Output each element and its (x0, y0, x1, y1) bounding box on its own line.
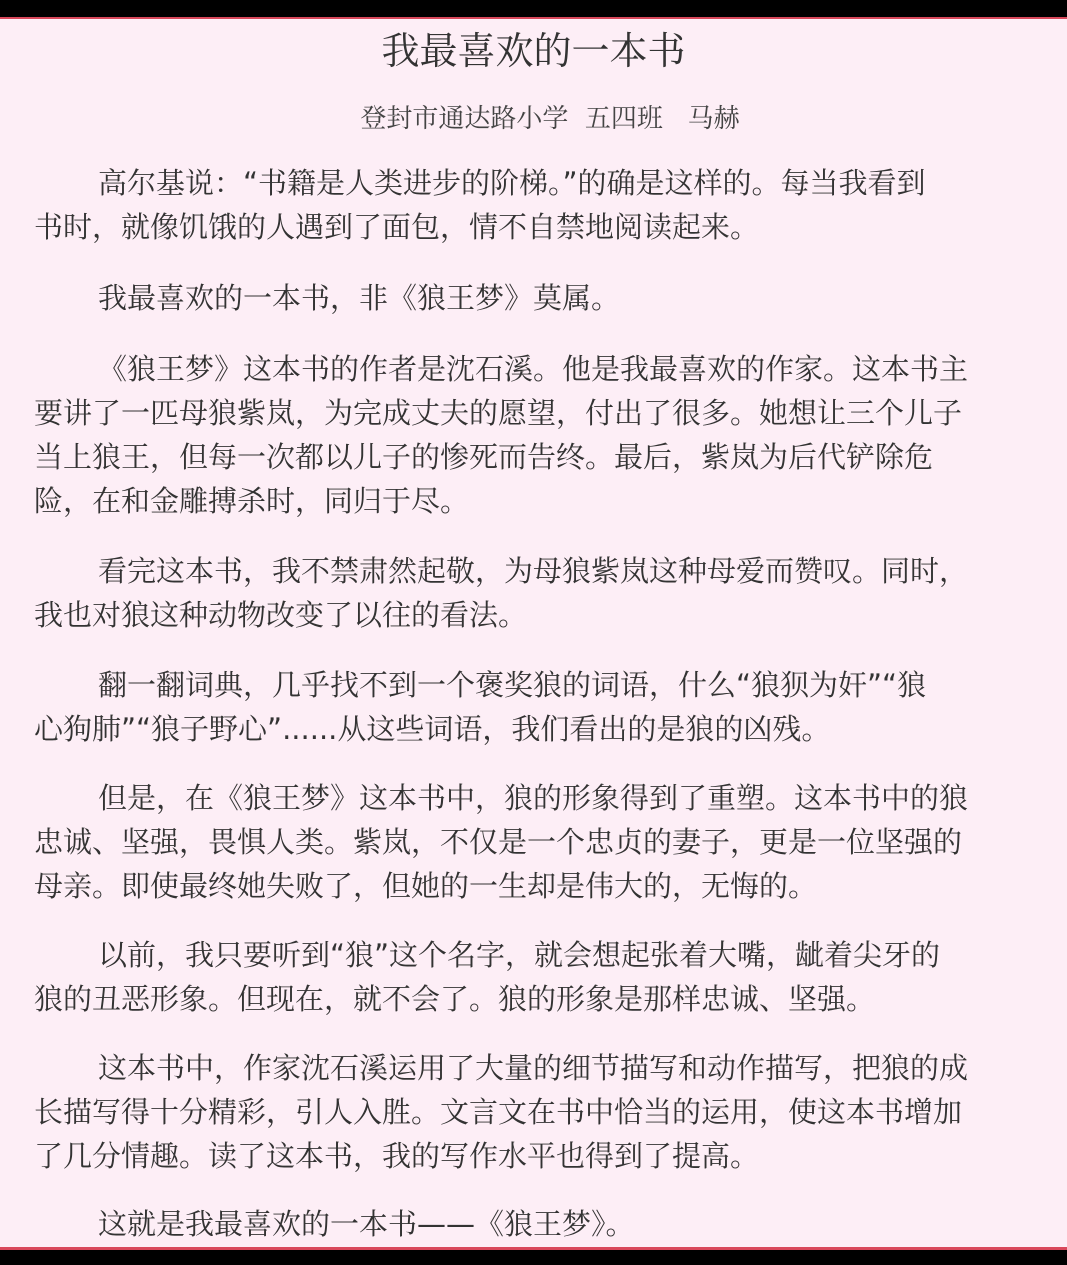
paragraph-line: 看完这本书，我不禁肃然起敬，为母狼紫岚这种母爱而赞叹。同时， (34, 549, 1059, 593)
paragraph-1: 高尔基说：“书籍是人类进步的阶梯。”的确是这样的。每当我看到 书时，就像饥饿的人… (34, 161, 1059, 249)
paragraph-8: 这本书中，作家沈石溪运用了大量的细节描写和动作描写，把狼的成 长描写得十分精彩，… (34, 1046, 1059, 1178)
paragraph-5: 翻一翻词典，几乎找不到一个褒奖狼的词语，什么“狼狈为奸”“狼 心狗肺”“狼子野心… (34, 663, 1059, 751)
paragraph-9: 这就是我最喜欢的一本书——《狼王梦》。 (34, 1202, 1059, 1246)
paragraph-7: 以前，我只要听到“狼”这个名字，就会想起张着大嘴，龇着尖牙的 狼的丑恶形象。但现… (34, 933, 1059, 1021)
paragraph-line: 但是，在《狼王梦》这本书中，狼的形象得到了重塑。这本书中的狼 (34, 776, 1059, 820)
paragraph-4: 看完这本书，我不禁肃然起敬，为母狼紫岚这种母爱而赞叹。同时， 我也对狼这种动物改… (34, 549, 1059, 637)
page-title: 我最喜欢的一本书 (0, 29, 1067, 73)
document-page: 我最喜欢的一本书 登封市通达路小学 五四班 马赫 高尔基说：“书籍是人类进步的阶… (0, 17, 1067, 1250)
paragraph-line: 书时，就像饥饿的人遇到了面包，情不自禁地阅读起来。 (34, 205, 1059, 249)
paragraph-line: 忠诚、坚强，畏惧人类。紫岚，不仅是一个忠贞的妻子，更是一位坚强的 (34, 820, 1059, 864)
author-byline: 登封市通达路小学 五四班 马赫 (0, 101, 1067, 137)
paragraph-line: 以前，我只要听到“狼”这个名字，就会想起张着大嘴，龇着尖牙的 (34, 933, 1059, 977)
paragraph-line: 这本书中，作家沈石溪运用了大量的细节描写和动作描写，把狼的成 (34, 1046, 1059, 1090)
paragraph-3: 《狼王梦》这本书的作者是沈石溪。他是我最喜欢的作家。这本书主 要讲了一匹母狼紫岚… (34, 347, 1059, 523)
paragraph-line: 我最喜欢的一本书，非《狼王梦》莫属。 (34, 276, 1059, 320)
paragraph-line: 我也对狼这种动物改变了以往的看法。 (34, 593, 1059, 637)
paragraph-line: 高尔基说：“书籍是人类进步的阶梯。”的确是这样的。每当我看到 (34, 161, 1059, 205)
paragraph-line: 当上狼王，但每一次都以儿子的惨死而告终。最后，紫岚为后代铲除危 (34, 435, 1059, 479)
paragraph-line: 这就是我最喜欢的一本书——《狼王梦》。 (34, 1202, 1059, 1246)
bottom-black-bar (0, 1250, 1067, 1265)
paragraph-line: 长描写得十分精彩，引人入胜。文言文在书中恰当的运用，使这本书增加 (34, 1090, 1059, 1134)
paragraph-line: 《狼王梦》这本书的作者是沈石溪。他是我最喜欢的作家。这本书主 (34, 347, 1059, 391)
paragraph-line: 了几分情趣。读了这本书，我的写作水平也得到了提高。 (34, 1134, 1059, 1178)
top-black-bar (0, 0, 1067, 17)
paragraph-line: 要讲了一匹母狼紫岚，为完成丈夫的愿望，付出了很多。她想让三个儿子 (34, 391, 1059, 435)
paragraph-line: 母亲。即使最终她失败了，但她的一生却是伟大的，无悔的。 (34, 864, 1059, 908)
paragraph-line: 狼的丑恶形象。但现在，就不会了。狼的形象是那样忠诚、坚强。 (34, 977, 1059, 1021)
paragraph-2: 我最喜欢的一本书，非《狼王梦》莫属。 (34, 276, 1059, 320)
paragraph-line: 心狗肺”“狼子野心”......从这些词语，我们看出的是狼的凶残。 (34, 707, 1059, 751)
paragraph-6: 但是，在《狼王梦》这本书中，狼的形象得到了重塑。这本书中的狼 忠诚、坚强，畏惧人… (34, 776, 1059, 908)
paragraph-line: 翻一翻词典，几乎找不到一个褒奖狼的词语，什么“狼狈为奸”“狼 (34, 663, 1059, 707)
paragraph-line: 险，在和金雕搏杀时，同归于尽。 (34, 479, 1059, 523)
